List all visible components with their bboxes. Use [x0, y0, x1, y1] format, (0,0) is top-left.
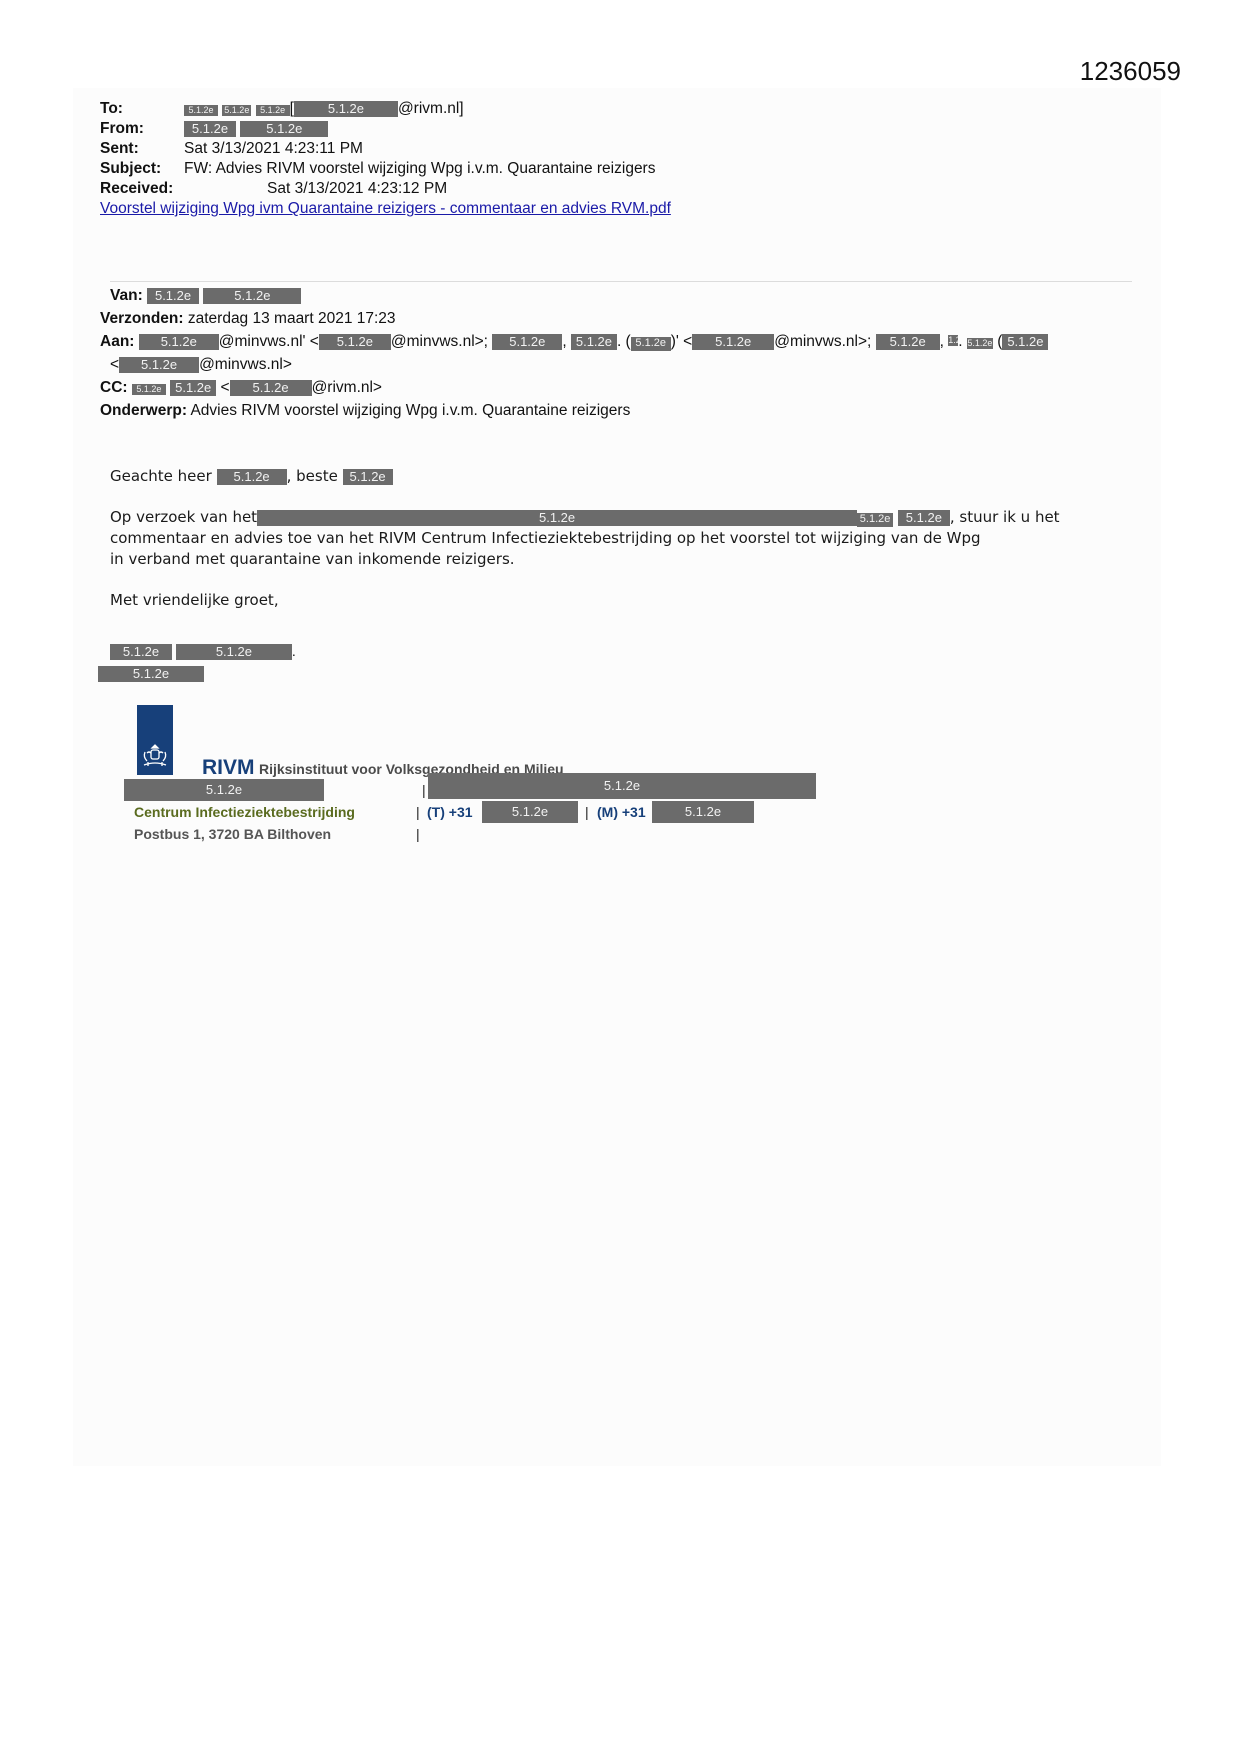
paragraph-text: Op verzoek van het [110, 508, 257, 526]
redaction-block: 5.1.2e [184, 105, 218, 116]
redaction-block: 5.1.2e [343, 469, 393, 485]
redaction-block: 5.1.2e [294, 101, 398, 117]
redaction-block: 5.1.2e [119, 357, 199, 373]
aan-text: . ( [617, 333, 631, 350]
greeting-text: , beste [287, 467, 338, 485]
body-paragraph: Op verzoek van het5.1.2e5.1.2e 5.1.2e, s… [110, 507, 1140, 570]
to-row: To: 5.1.2e 5.1.2e 5.1.2e[5.1.2e@rivm.nl] [100, 99, 655, 119]
to-value: 5.1.2e 5.1.2e 5.1.2e[5.1.2e@rivm.nl] [184, 99, 464, 119]
from-row: From: 5.1.2e 5.1.2e [100, 119, 655, 139]
rijksoverheid-logo [137, 705, 173, 775]
redaction-block: 5.1.2e [967, 338, 993, 349]
redaction-block: 5.1.2e [147, 288, 199, 304]
email-meta-header: To: 5.1.2e 5.1.2e 5.1.2e[5.1.2e@rivm.nl]… [100, 99, 655, 199]
redaction-block: 5.1.2e [876, 334, 940, 350]
redaction-block: 5.1.2e [631, 337, 671, 351]
divider [110, 281, 1132, 282]
closing: Met vriendelijke groet, [110, 590, 1140, 611]
verzonden-row: Verzonden: zaterdag 13 maart 2021 17:23 [100, 307, 1048, 330]
sent-row: Sent: Sat 3/13/2021 4:23:11 PM [100, 139, 655, 159]
cc-row: CC: 5.1.2e 5.1.2e <5.1.2e@rivm.nl> [100, 376, 1048, 399]
phone-m-label: (M) +31 [597, 801, 646, 823]
redaction-block: 5.1.2e [176, 644, 292, 660]
redaction-block: 5.1.2e [124, 779, 324, 801]
onderwerp-row: Onderwerp: Advies RIVM voorstel wijzigin… [100, 399, 1048, 422]
paragraph-text: , stuur ik u het [950, 508, 1060, 526]
subject-row: Subject: FW: Advies RIVM voorstel wijzig… [100, 159, 655, 179]
document-number: 1236059 [1080, 56, 1181, 87]
redaction-block: 5.1.2e [652, 801, 754, 823]
redaction-block: 5.1.2e [257, 510, 857, 526]
redaction-block: 5.1.2e [110, 644, 172, 660]
paragraph-line-3: in verband met quarantaine van inkomende… [110, 549, 1140, 570]
redaction-block: 5.1.2e [139, 334, 219, 350]
from-value: 5.1.2e 5.1.2e [184, 119, 328, 139]
van-row: Van: 5.1.2e 5.1.2e [100, 284, 1048, 307]
to-label: To: [100, 99, 184, 119]
redaction-block: 5.1.2e [692, 334, 774, 350]
redaction-block: 5.1.2e [240, 121, 328, 137]
separator: | [422, 779, 426, 801]
aan-text: @minvws.nl>; [774, 333, 871, 350]
greeting-text: Geachte heer [110, 467, 212, 485]
separator: | [416, 823, 420, 845]
subject-value: FW: Advies RIVM voorstel wijziging Wpg i… [184, 159, 655, 179]
attachment-link[interactable]: Voorstel wijziging Wpg ivm Quarantaine r… [100, 200, 671, 218]
coat-of-arms-icon [141, 743, 169, 769]
redaction-block: 5.1.2e [217, 469, 287, 485]
subject-label: Subject: [100, 159, 184, 179]
redaction-block: 5.1.2e [428, 773, 816, 799]
forwarded-header: Van: 5.1.2e 5.1.2e Verzonden: zaterdag 1… [100, 284, 1048, 422]
redaction-block: 5.1.2e [482, 801, 578, 823]
address: Postbus 1, 3720 BA Bilthoven [134, 823, 331, 845]
aan-row-continued: <5.1.2e@minvws.nl> [100, 353, 1048, 376]
aan-text: @minvws.nl>; [391, 333, 488, 350]
cc-text: @rivm.nl> [312, 379, 382, 396]
redaction-block: 5.1.2e [170, 380, 216, 396]
aan-text: < [110, 356, 119, 373]
sent-value: Sat 3/13/2021 4:23:11 PM [184, 139, 363, 159]
onderwerp-value: Advies RIVM voorstel wijziging Wpg i.v.m… [190, 402, 630, 419]
phone-t-label: (T) +31 [427, 801, 473, 823]
rivm-brand: RIVM [202, 756, 255, 779]
aan-label: Aan: [100, 333, 134, 350]
greeting: Geachte heer 5.1.2e, beste 5.1.2e [110, 466, 1140, 487]
van-label: Van: [110, 287, 143, 304]
redaction-block: 5.1.2e [1002, 334, 1048, 350]
signature-title-row: 5.1.2e [98, 662, 296, 684]
aan-row: Aan: 5.1.2e@minvws.nl' <5.1.2e@minvws.nl… [100, 330, 1048, 353]
redaction-block: 5.1.2e [319, 334, 391, 350]
redaction-block: 5.1.2e [492, 334, 562, 350]
signature-names: 5.1.2e 5.1.2e. 5.1.2e [100, 640, 296, 684]
signature-name-row: 5.1.2e 5.1.2e. [100, 640, 296, 662]
aan-text: )' < [671, 333, 692, 350]
to-suffix: @rivm.nl] [398, 100, 464, 117]
redaction-block: 5.1.2e [132, 384, 166, 395]
redaction-block: 5.1.2e [222, 105, 251, 116]
signature-dot: . [292, 643, 296, 659]
redaction-block: 5.1.2e [898, 510, 950, 526]
redaction-block: 5.1.2e [256, 105, 290, 116]
cc-text: < [221, 379, 230, 396]
received-label: Received: [100, 179, 267, 199]
redaction-block: 5.1.2e [571, 334, 617, 350]
paragraph-line-2: commentaar en advies toe van het RIVM Ce… [110, 528, 1140, 549]
verzonden-label: Verzonden: [100, 310, 184, 327]
aan-text: @minvws.nl> [199, 356, 292, 373]
aan-text: , [940, 333, 944, 350]
received-value: Sat 3/13/2021 4:23:12 PM [267, 179, 447, 199]
sent-label: Sent: [100, 139, 184, 159]
cc-label: CC: [100, 379, 128, 396]
aan-text: . [958, 333, 962, 350]
aan-text: @minvws.nl' < [219, 333, 319, 350]
redaction-block: 5.1.2e [230, 380, 312, 396]
received-row: Received: Sat 3/13/2021 4:23:12 PM [100, 179, 655, 199]
verzonden-value: zaterdag 13 maart 2021 17:23 [188, 310, 396, 327]
aan-text: , [562, 333, 566, 350]
redaction-block: 5.1.2e [98, 666, 204, 682]
separator: | [585, 801, 589, 823]
paragraph-line-1: Op verzoek van het5.1.2e5.1.2e 5.1.2e, s… [110, 507, 1140, 528]
redaction-block: 5.1.2e [184, 121, 236, 137]
separator: | [416, 801, 420, 823]
onderwerp-label: Onderwerp: [100, 402, 187, 419]
centre-name: Centrum Infectieziektebestrijding [134, 801, 355, 823]
redaction-block: 1.2 [948, 335, 958, 346]
from-label: From: [100, 119, 184, 139]
redaction-block: 5.1.2e [857, 513, 893, 527]
redaction-block: 5.1.2e [203, 288, 301, 304]
